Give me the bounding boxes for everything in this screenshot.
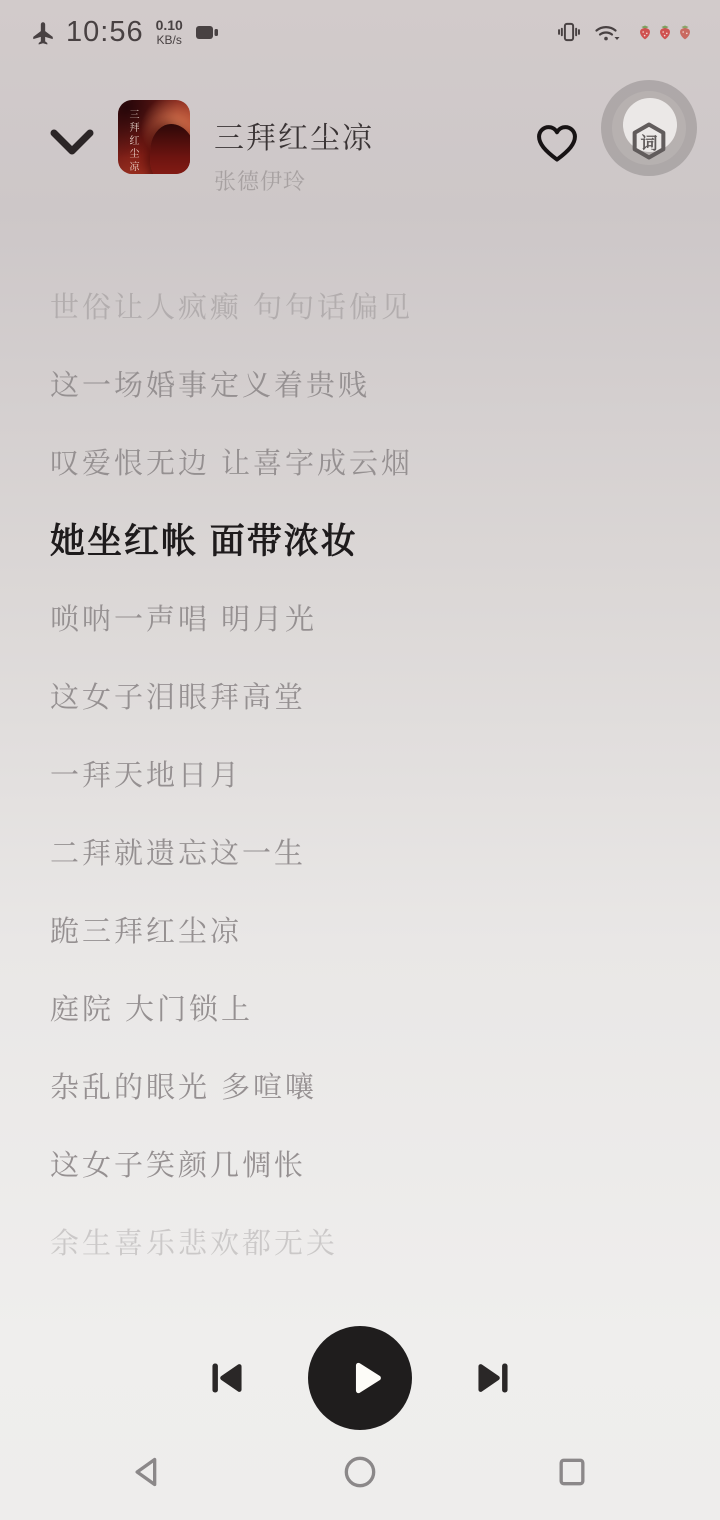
song-info: 三拜红尘凉 张德伊玲 — [214, 113, 374, 196]
airplane-mode-icon — [30, 19, 56, 45]
previous-track-icon[interactable] — [204, 1358, 250, 1398]
lyric-line[interactable]: 杂乱的眼光 多喧嚷 — [50, 1046, 690, 1124]
nav-back-icon[interactable] — [118, 1442, 178, 1502]
song-title: 三拜红尘凉 — [214, 113, 374, 157]
album-art-title-text: 三拜红尘凉 — [125, 109, 140, 174]
play-button[interactable] — [308, 1326, 412, 1430]
battery-strawberry-icon — [636, 23, 694, 41]
album-art-figure — [150, 124, 190, 174]
lyric-line[interactable]: 世俗让人疯癫 句句话偏见 — [50, 266, 690, 344]
lyrics-toggle-button[interactable]: 词 — [601, 80, 697, 176]
wifi-icon — [592, 19, 622, 45]
lyric-line[interactable]: 庭院 大门锁上 — [50, 968, 690, 1046]
song-artist: 张德伊玲 — [214, 165, 374, 196]
lyrics-hexagon-icon: 词 — [628, 120, 670, 162]
vibrate-icon — [556, 19, 582, 45]
status-time: 10:56 — [66, 16, 144, 49]
lyrics-panel: 世俗让人疯癫 句句话偏见 这一场婚事定义着贵贱 叹爱恨无边 让喜字成云烟 她坐红… — [50, 266, 690, 1280]
android-nav-bar — [0, 1434, 720, 1520]
lyric-line[interactable]: 跪三拜红尘凉 — [50, 890, 690, 968]
network-speed: 0.10 KB/s — [156, 18, 183, 46]
lyric-line[interactable]: 二拜就遗忘这一生 — [50, 812, 690, 890]
album-art[interactable]: 三拜红尘凉 — [118, 100, 190, 174]
lyric-line[interactable]: 一拜天地日月 — [50, 734, 690, 812]
lyric-line[interactable]: 余生喜乐悲欢都无关 — [50, 1202, 690, 1280]
lyric-line[interactable]: 这一场婚事定义着贵贱 — [50, 344, 690, 422]
lyric-line[interactable]: 这女子泪眼拜高堂 — [50, 656, 690, 734]
screen-record-icon — [193, 20, 221, 44]
playback-controls — [0, 1326, 720, 1430]
music-player-screen: 10:56 0.10 KB/s — [0, 0, 720, 1520]
player-header: 三拜红尘凉 三拜红尘凉 张德伊玲 词 — [0, 96, 720, 188]
collapse-chevron-down-icon[interactable] — [46, 122, 98, 162]
nav-recents-icon[interactable] — [542, 1442, 602, 1502]
lyric-line[interactable]: 唢呐一声唱 明月光 — [50, 578, 690, 656]
next-track-icon[interactable] — [470, 1358, 516, 1398]
nav-home-icon[interactable] — [330, 1442, 390, 1502]
status-bar: 10:56 0.10 KB/s — [0, 0, 720, 58]
lyric-line[interactable]: 叹爱恨无边 让喜字成云烟 — [50, 422, 690, 500]
lyric-line[interactable]: 这女子笑颜几惆怅 — [50, 1124, 690, 1202]
lyric-line-active[interactable]: 她坐红帐 面带浓妆 — [50, 500, 690, 578]
favorite-heart-icon[interactable] — [533, 120, 581, 164]
